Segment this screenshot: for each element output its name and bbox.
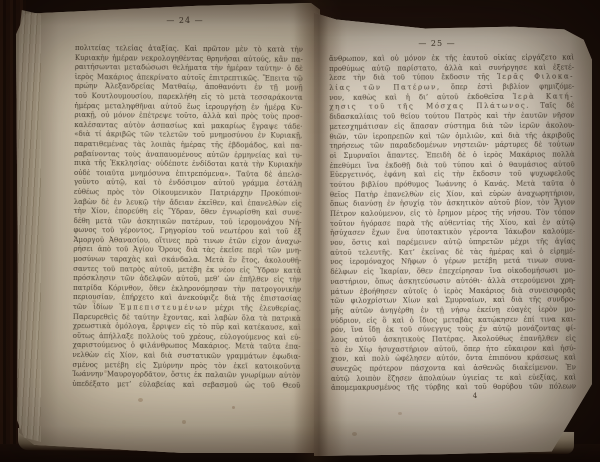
left-page-text: πολιτείας τελείας ἀταξίας. Καὶ πρῶτον μὲ… [72, 44, 303, 391]
right-page-number: — 25 — [402, 39, 472, 48]
left-fore-edge [17, 10, 41, 442]
photo-of-open-book: — 24 — — 25 — πολιτείας τελείας ἀταξίας.… [0, 0, 600, 462]
signature-mark: 4 [440, 392, 510, 400]
text-line: ὑπεδέξατο μετ’ εὐλαβείας καὶ σεβασμοῦ ὡς… [72, 380, 300, 391]
right-page-text: ἄνθρωπον, καὶ οὐ μόνον ἐκ τῆς ἑαυτοῦ οἰκ… [329, 54, 576, 395]
left-page-number: — 24 — [150, 16, 220, 25]
